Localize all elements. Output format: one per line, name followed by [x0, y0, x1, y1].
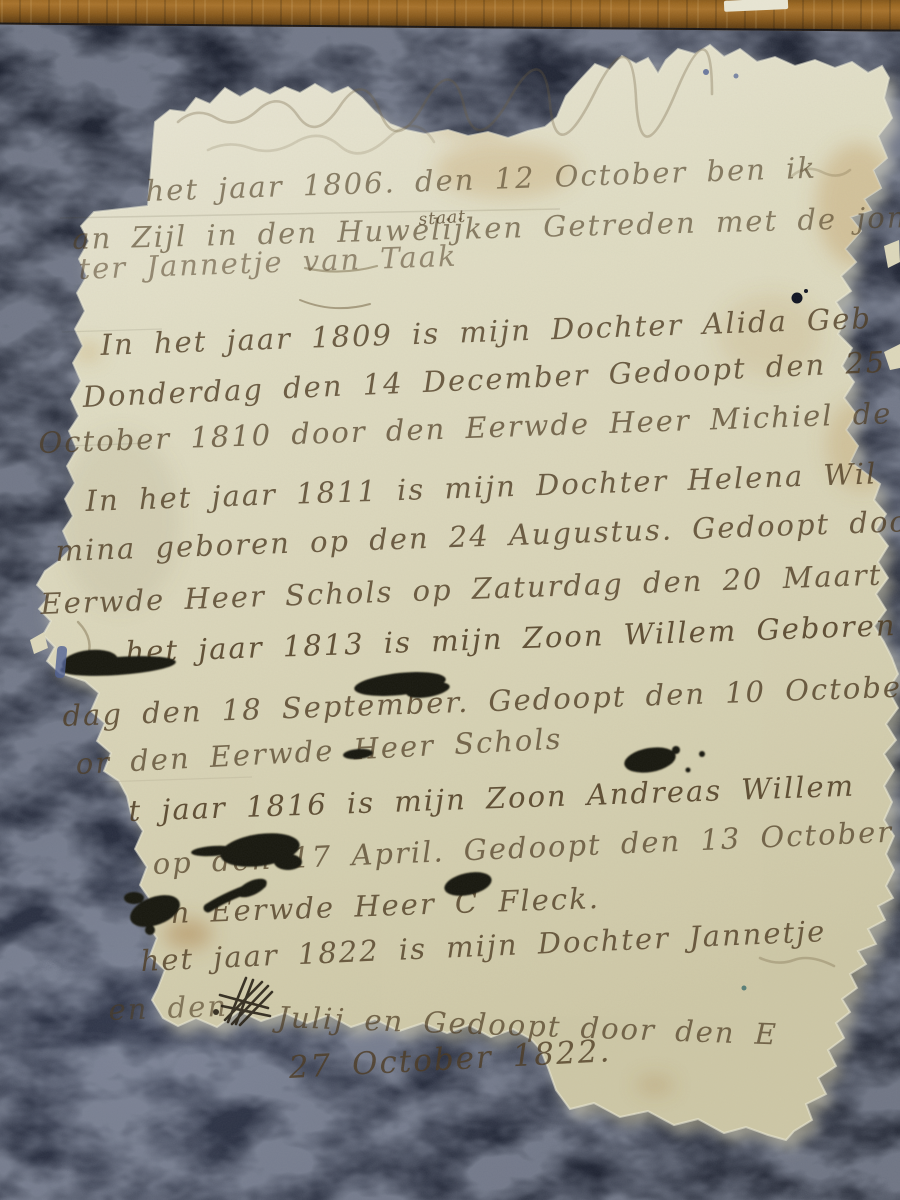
- photograph: het jaar 1806. den 12 October ben ik sta…: [0, 0, 900, 1200]
- scribble-cross-out: [213, 978, 272, 1025]
- ink-blot-layer: [0, 0, 900, 1200]
- paper-hole-and-specks: [55, 69, 808, 991]
- ink-blots: [60, 647, 705, 935]
